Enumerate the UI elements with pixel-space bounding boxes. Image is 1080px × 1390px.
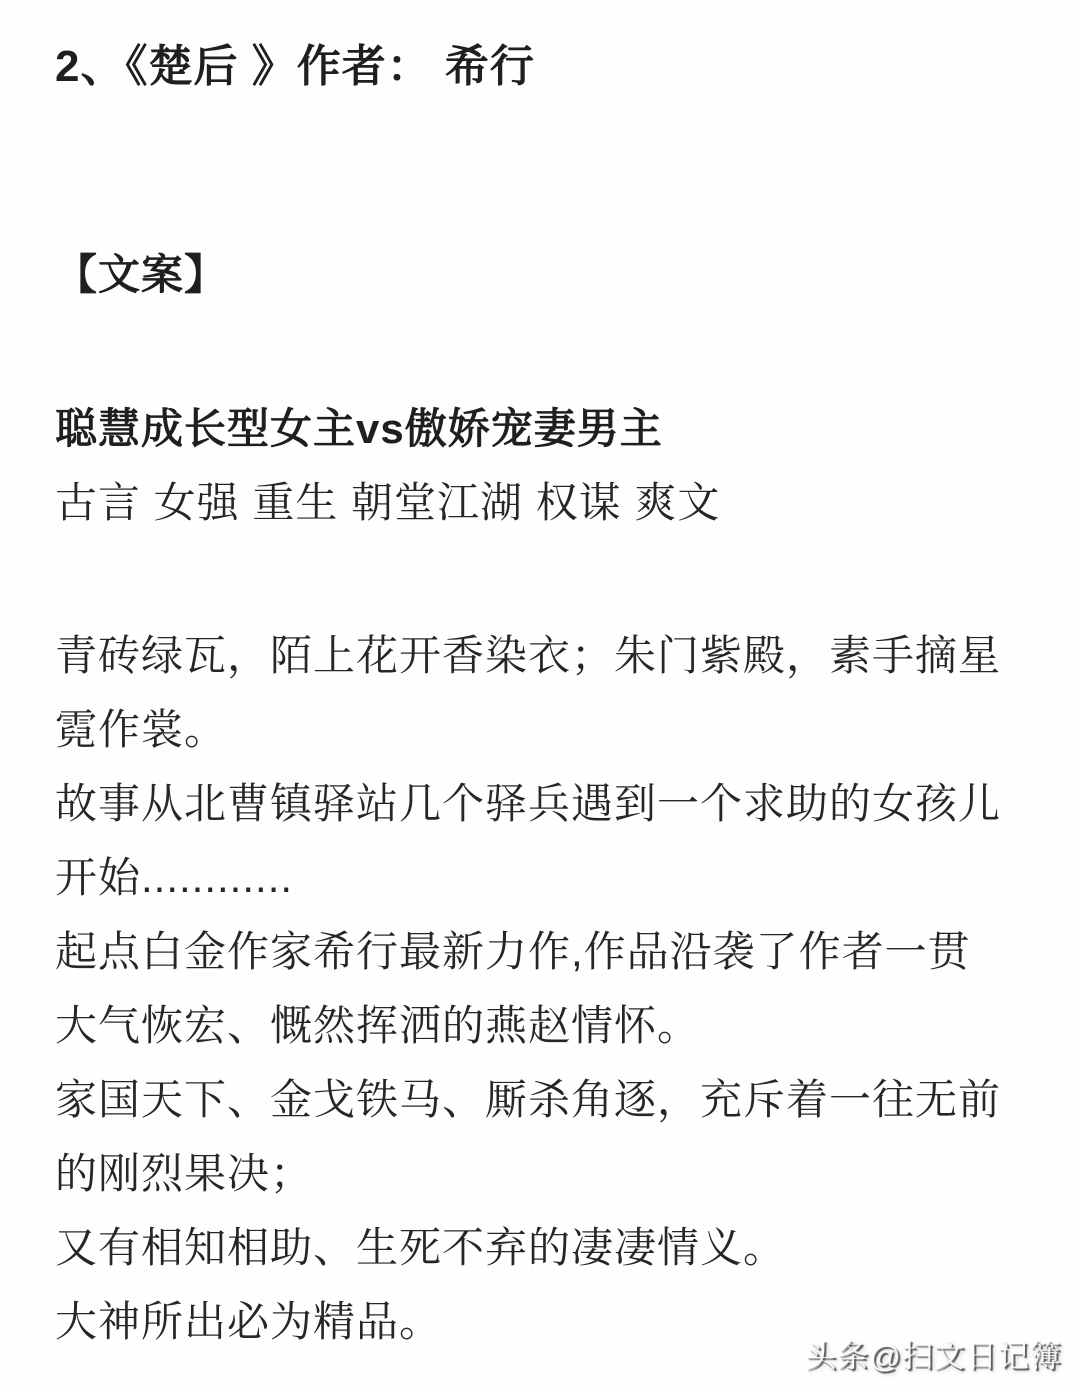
text-column: 2、《楚后 》作者： 希行 【文案】 聪慧成长型女主vs傲娇宠妻男主 古言 女强… [55, 30, 1007, 1359]
tags-line: 古言 女强 重生 朝堂江湖 权谋 爽文 [55, 466, 1007, 540]
paragraph: 家国天下、金戈铁马、厮杀角逐，充斥着一往无前的刚烈果决； [55, 1063, 1007, 1211]
paragraph: 故事从北曹镇驿站几个驿兵遇到一个求助的女孩儿开始............ [55, 767, 1007, 915]
paragraph: 又有相知相助、生死不弃的凄凄情义。 [55, 1211, 1007, 1285]
section-label: 【文案】 [55, 238, 1007, 312]
intro-block: 聪慧成长型女主vs傲娇宠妻男主 古言 女强 重生 朝堂江湖 权谋 爽文 [55, 392, 1007, 540]
paragraph: 青砖绿瓦，陌上花开香染衣；朱门紫殿，素手摘星霓作裳。 [55, 619, 1007, 767]
article-page: 2、《楚后 》作者： 希行 【文案】 聪慧成长型女主vs傲娇宠妻男主 古言 女强… [0, 0, 1080, 1390]
paragraph: 起点白金作家希行最新力作,作品沿袭了作者一贯大气恢宏、慨然挥洒的燕赵情怀。 [55, 915, 1007, 1063]
highlight-line: 聪慧成长型女主vs傲娇宠妻男主 [55, 392, 1007, 466]
book-title: 2、《楚后 》作者： 希行 [55, 30, 1007, 104]
watermark: 头条@扫文日记簿 [806, 1331, 1062, 1376]
